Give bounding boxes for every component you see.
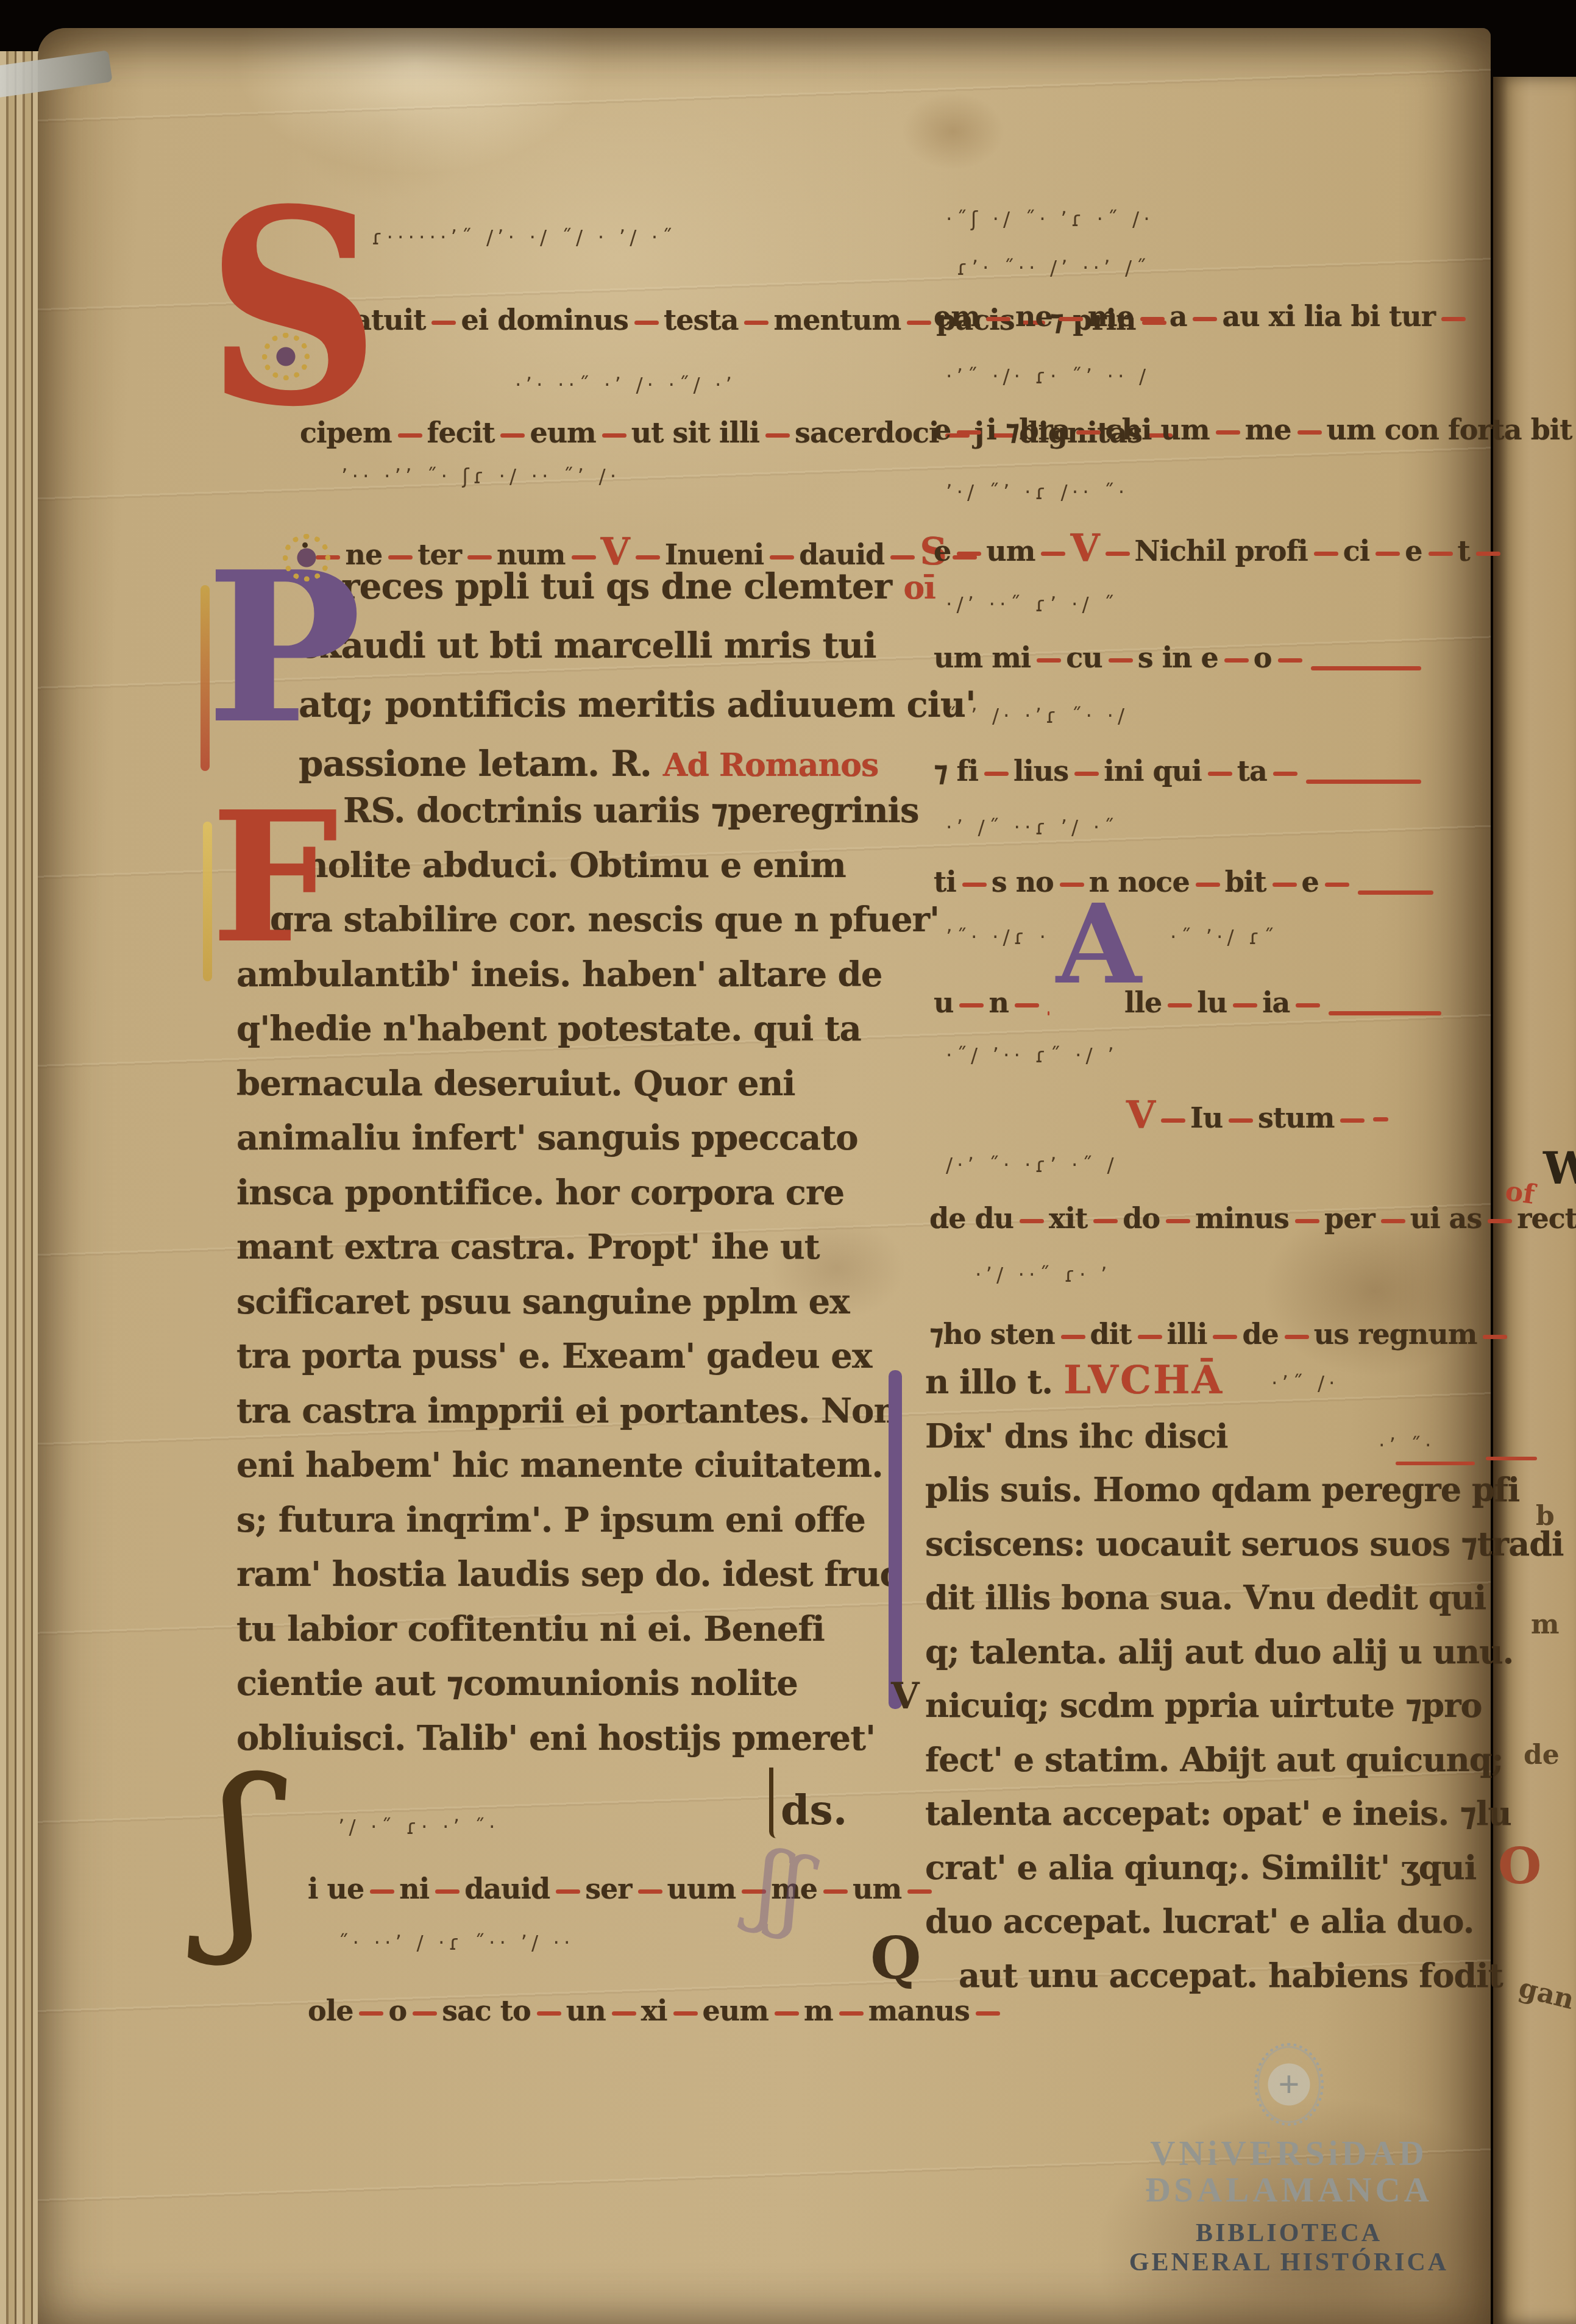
chant-syllable: ⁊ fi [934, 755, 1013, 787]
text-line: plis suis. Homo qdam peregre pfi [925, 1462, 1505, 1516]
chant-syllable: fecit [427, 416, 530, 449]
edge-glyph: b [1536, 1501, 1555, 1532]
chant-syllable: n [989, 986, 1043, 1019]
text-line: bernacula deseruiut. Quor eni [236, 1057, 910, 1112]
neume-row: ɾʼ· ˝·· ∕ʼ ··ʼ ∕˝ [957, 256, 1420, 280]
text-line: fect' e statim. Abijt aut quicunq; [925, 1732, 1505, 1786]
chant-line-brachium: ei ⁊brachi ummeum con forta bit [934, 413, 1463, 453]
chant-syllable: eum [703, 1994, 804, 2027]
chant-syllable: um mi [934, 641, 1066, 674]
chant-syllable: me [1088, 300, 1170, 333]
chant-syllable: um con forta bit [1327, 413, 1576, 446]
neume-row: ·˝ʃ ·∕ ˝· ʼɾ ·˝ ∕· [946, 207, 1458, 231]
chant-syllable: mentum [773, 304, 936, 336]
rosette-ornament-icon [283, 534, 330, 581]
chant-syllable: ni [399, 1872, 464, 1905]
chant-syllable: per [1324, 1202, 1410, 1235]
text-line: talenta accepat: opat' e ineis. ⁊lu [925, 1786, 1505, 1840]
text-line: atq; pontificis meritis adiuuem ciu' [299, 676, 914, 735]
gospel-text: n illo t. LVCHĀ Dix' dns ihc disci plis … [925, 1354, 1505, 2002]
neume-row: ·˝∕ ʼ·· ɾ˝ ·∕ ʼ [946, 1043, 1433, 1067]
chant-syllable: ia [1262, 986, 1325, 1019]
text-run: exaudi ut bti marcelli mris tui [299, 625, 876, 666]
chant-syllable: um [853, 1872, 937, 1905]
neume-row: ɾ······ʼ˝ ∕ʼ· ·∕ ˝∕ · ʼ∕ ·˝ [372, 226, 890, 249]
illuminated-initial-s: S [206, 201, 380, 416]
text-line: mant extra castra. Propt' ihe ut [236, 1220, 910, 1275]
chant-line-oleo: oleosac tounxieummmanus [308, 1994, 881, 2034]
chant-line-nichil: eumVNichil proficiet [934, 525, 1463, 566]
rosette-ornament-icon [262, 333, 310, 380]
chant-syllable: xit [1049, 1202, 1123, 1235]
chant-syllable: illi [1167, 1318, 1243, 1351]
chant-syllable: stum [1258, 1101, 1369, 1134]
chant-syllable: dit [1090, 1318, 1167, 1351]
text-line: scificaret psuu sanguine pplm ex [236, 1275, 910, 1330]
chant-syllable: V [1126, 1092, 1190, 1137]
text-line: crat' e alia qiunq;. Similit' ʒqui [925, 1840, 1505, 1894]
text-line: tra castra impprii ei portantes. Non [236, 1384, 910, 1439]
text-line: animaliu infert' sanguis ppeccato [236, 1111, 910, 1166]
chant-syllable: us regnum [1314, 1318, 1513, 1351]
chant-syllable: o [1254, 641, 1307, 674]
text-run: reces ppli tui qs dne clemter [341, 566, 892, 607]
rubric-run: LVCHĀ [1063, 1357, 1224, 1403]
neume-row: ʼ·∕ ˝ʼ ·ɾ ∕·· ˝· [946, 480, 1433, 504]
chant-syllable: chi um [1106, 413, 1245, 446]
chant-syllable: ci [1343, 535, 1405, 567]
text-run: talenta accepat: opat' e ineis. ⁊lu [925, 1794, 1511, 1833]
library-watermark: + VNiVERSiDAD ÐSALAMANCA BIBLIOTECA GENE… [1127, 2043, 1450, 2277]
text-run: plis suis. Homo qdam peregre pfi [925, 1470, 1519, 1509]
neume-row: ·ʼ˝ ·∕· ɾ· ˝ʼ ·· ∕ [946, 364, 1433, 388]
chant-line-inimicus: um micus in eo [934, 641, 1421, 681]
text-run: Dix' dns ihc disci [925, 1416, 1228, 1455]
chant-line-alleluia-lead: un [934, 986, 1049, 1026]
chant-syllable: um [986, 535, 1070, 567]
marginal-initial-v: V [891, 1675, 920, 1718]
chant-syllable: cu [1066, 641, 1137, 674]
chant-syllable: me [1245, 413, 1327, 446]
chant-syllable: e [934, 413, 986, 446]
neume-row: ·∕ʼ ··˝ ɾʼ ·∕ ˝ [946, 592, 1433, 616]
chant-syllable: ole [308, 1994, 388, 2027]
text-line: duo accepat. lucrat' e alia duo. [925, 1894, 1505, 1948]
chant-syllable: s in e [1138, 641, 1254, 674]
text-line: eni habem' hic manente ciuitatem. [236, 1438, 910, 1493]
chant-syllable: ta [1237, 755, 1302, 787]
illuminated-initial-i [889, 1370, 902, 1709]
chant-syllable: testa [664, 304, 773, 336]
text-line: q; talenta. alij aut duo alij u unu. [925, 1624, 1505, 1679]
illuminated-initial-a: A [1056, 901, 1141, 989]
text-run: duo accepat. lucrat' e alia duo. [925, 1902, 1474, 1941]
text-line: s; futura inqrim'. P ipsum eni offe [236, 1493, 910, 1548]
prayer-text: reces ppli tui qs dne clemter oī exaudi … [299, 558, 914, 794]
text-run: dit illis bona sua. Vnu dedit qui [925, 1578, 1486, 1617]
chant-syllable: ne [1015, 300, 1088, 333]
chant-syllable: xi [641, 1994, 703, 2027]
deus-abbreviation: ds. [769, 1768, 848, 1838]
illuminated-initial-f: F [211, 806, 338, 950]
chant-syllable: do [1123, 1202, 1195, 1235]
neume-row: ∕·ʼ ˝· ·ɾʼ ·˝ ∕ [946, 1153, 1433, 1177]
neume-row: ·ʼ∕ ··˝ ɾ· ʼ [975, 1263, 1402, 1287]
text-line: obliuisci. Talib' eni hostijs pmeret' [236, 1711, 910, 1766]
text-line: nicuiq; scdm ppria uirtute ⁊pro [925, 1678, 1505, 1732]
text-line: insca ppontifice. hor corpora cre [236, 1166, 910, 1221]
edge-glyph: O [1498, 1837, 1541, 1896]
edge-glyph: m [1531, 1609, 1560, 1640]
chant-syllable: ui as [1410, 1202, 1517, 1235]
text-line: n illo t. LVCHĀ [925, 1354, 1505, 1409]
text-run: fect' e statim. Abijt aut quicunq; [925, 1740, 1503, 1779]
chant-line-ostendit: ⁊ho stenditillideus regnum [929, 1318, 1469, 1358]
rubric-run: Ad Romanos [663, 747, 878, 784]
chant-syllable: ei dominus [461, 304, 664, 336]
neume-row: ˝·ʼ ∕· ·ʼɾ ˝· ·∕ [946, 704, 1433, 728]
chant-line-inveni: i uenidauidseruummeum [308, 1872, 801, 1913]
text-line: cientie aut ⁊comunionis nolite [236, 1657, 910, 1711]
chant-syllable: i ue [308, 1872, 399, 1905]
chant-syllable: lu [1197, 986, 1262, 1019]
chant-syllable: lius [1013, 755, 1104, 787]
text-line: Dix' dns ihc disci [925, 1409, 1505, 1463]
neume-row: ʼ·· ·ʼʼ ˝· ʃɾ ·∕ ·· ˝ʼ ∕· [341, 464, 890, 488]
chant-line-auxiliabitur: emnemeaau xi lia bi tur [934, 300, 1463, 340]
chant-syllable: e [934, 535, 986, 567]
chant-syllable: ti [934, 865, 992, 898]
chant-syllable: o [388, 1994, 442, 2027]
chant-line-deduxit: de duxitdominusperui asrectas [929, 1202, 1469, 1242]
illuminated-initial-p: P [206, 566, 362, 731]
chant-syllable: dauid [464, 1872, 585, 1905]
edge-glyph: W [1543, 1142, 1576, 1194]
text-line: tra porta puss' e. Exeam' gadeu ex [236, 1329, 910, 1384]
logo-library-name: BIBLIOTECA GENERAL HISTÓRICA [1127, 2219, 1450, 2277]
chant-syllable: ser [585, 1872, 667, 1905]
chant-syllable: i ⁊bra [986, 413, 1105, 446]
neume-row: ʼ˝· ·∕ɾ ·· [946, 925, 1049, 949]
chant-syllable: ut sit illi [631, 416, 795, 449]
text-line: ram' hostia laudis sep do. idest fruc [236, 1548, 910, 1602]
chant-syllable: sac to [442, 1994, 566, 2027]
text-run: atq; pontificis meritis adiuuem ciu' [299, 684, 976, 725]
chant-syllable: ini qui [1104, 755, 1237, 787]
chant-syllable: ⁊ho sten [929, 1318, 1090, 1351]
text-line: sciscens: uocauit seruos suos ⁊tradi [925, 1516, 1505, 1571]
text-line: exaudi ut bti marcelli mris tui [299, 617, 914, 676]
chant-syllable: em [934, 300, 1015, 333]
chant-syllable: eum [530, 416, 631, 449]
seal-cross-glyph: + [1257, 2046, 1321, 2123]
chant-syllable: de [1242, 1318, 1313, 1351]
text-line: q'hedie n'habent potestate. qui ta [236, 1002, 910, 1057]
edge-glyph: de [1524, 1739, 1560, 1771]
chant-line-alleluia: lleluia [1124, 986, 1441, 1026]
chant-syllable: bit [1225, 865, 1302, 898]
text-run: aut unu accepat. habiens fodit [959, 1956, 1503, 1995]
chant-syllable: t [1458, 535, 1505, 567]
university-seal-icon: + [1254, 2043, 1324, 2126]
chant-syllable: e [1302, 865, 1354, 898]
text-line: aut unu accepat. habiens fodit [925, 1948, 1505, 2002]
edge-glyph: of [1503, 1176, 1537, 1210]
neume-row: ˝· ··ʼ ∕ ·ɾ ˝·· ʼ∕ ·· [338, 1931, 850, 1955]
logo-university-name: VNiVERSiDAD [1127, 2136, 1450, 2172]
chant-syllable: Iu [1190, 1101, 1258, 1134]
chant-syllable: un [566, 1994, 641, 2027]
manuscript-photo: S ɾ······ʼ˝ ∕ʼ· ·∕ ˝∕ · ʼ∕ ·˝ tatuitei d… [0, 0, 1576, 2324]
text-run: q; talenta. alij aut duo alij u unu. [925, 1632, 1513, 1671]
chant-syllable: V [1070, 525, 1134, 570]
chant-line-nocebit: tis non nocebite [934, 865, 1433, 906]
text-line: tu labior cofitentiu ni ei. Benefi [236, 1602, 910, 1657]
chant-line-filius: ⁊ filiusini quita [934, 755, 1421, 795]
chant-syllable: au xi lia bi tur [1222, 300, 1471, 333]
neume-row: ·ʼ ∕˝ ··ɾ ʼ∕ ·˝ [946, 816, 1433, 839]
marginal-initial-q: Q [870, 1924, 921, 1992]
chant-syllable: minus [1195, 1202, 1324, 1235]
chant-syllable: de du [929, 1202, 1049, 1235]
chant-line-cipem: cipemfeciteumut sit illisacerdocijdignit… [300, 416, 902, 457]
chant-line-justum: VIustum [1126, 1092, 1388, 1132]
chant-syllable: Nichil profi [1135, 535, 1343, 567]
chant-syllable: a [1170, 300, 1223, 333]
neume-row: ·ʼ· ··˝ ·ʼ ∕· ·˝∕ ·ʼ [515, 373, 893, 397]
text-run: nicuiq; scdm ppria uirtute ⁊pro [925, 1686, 1482, 1725]
neume-row: ·˝ ʼ·∕ ɾ˝ [1170, 925, 1432, 949]
text-run: n illo t. [925, 1362, 1052, 1401]
logo-university-name-2: ÐSALAMANCA [1127, 2172, 1450, 2209]
neume-row: ʼ∕ ·˝ ɾ· ·ʼ ˝· [338, 1815, 692, 1839]
text-run: sciscens: uocauit seruos suos ⁊tradi [925, 1524, 1563, 1563]
chant-line-statuit: tatuitei dominustestamentumpacis⁊ prin [341, 304, 902, 344]
text-line: reces ppli tui qs dne clemter oī [299, 558, 914, 617]
text-run: crat' e alia qiunq;. Similit' ʒqui [925, 1848, 1476, 1887]
chant-syllable: u [934, 986, 989, 1019]
chant-syllable: e [1405, 535, 1457, 567]
rubric-run: oī [903, 569, 935, 606]
chant-syllable: m [804, 1994, 868, 2027]
text-line: dit illis bona sua. Vnu dedit qui [925, 1570, 1505, 1624]
